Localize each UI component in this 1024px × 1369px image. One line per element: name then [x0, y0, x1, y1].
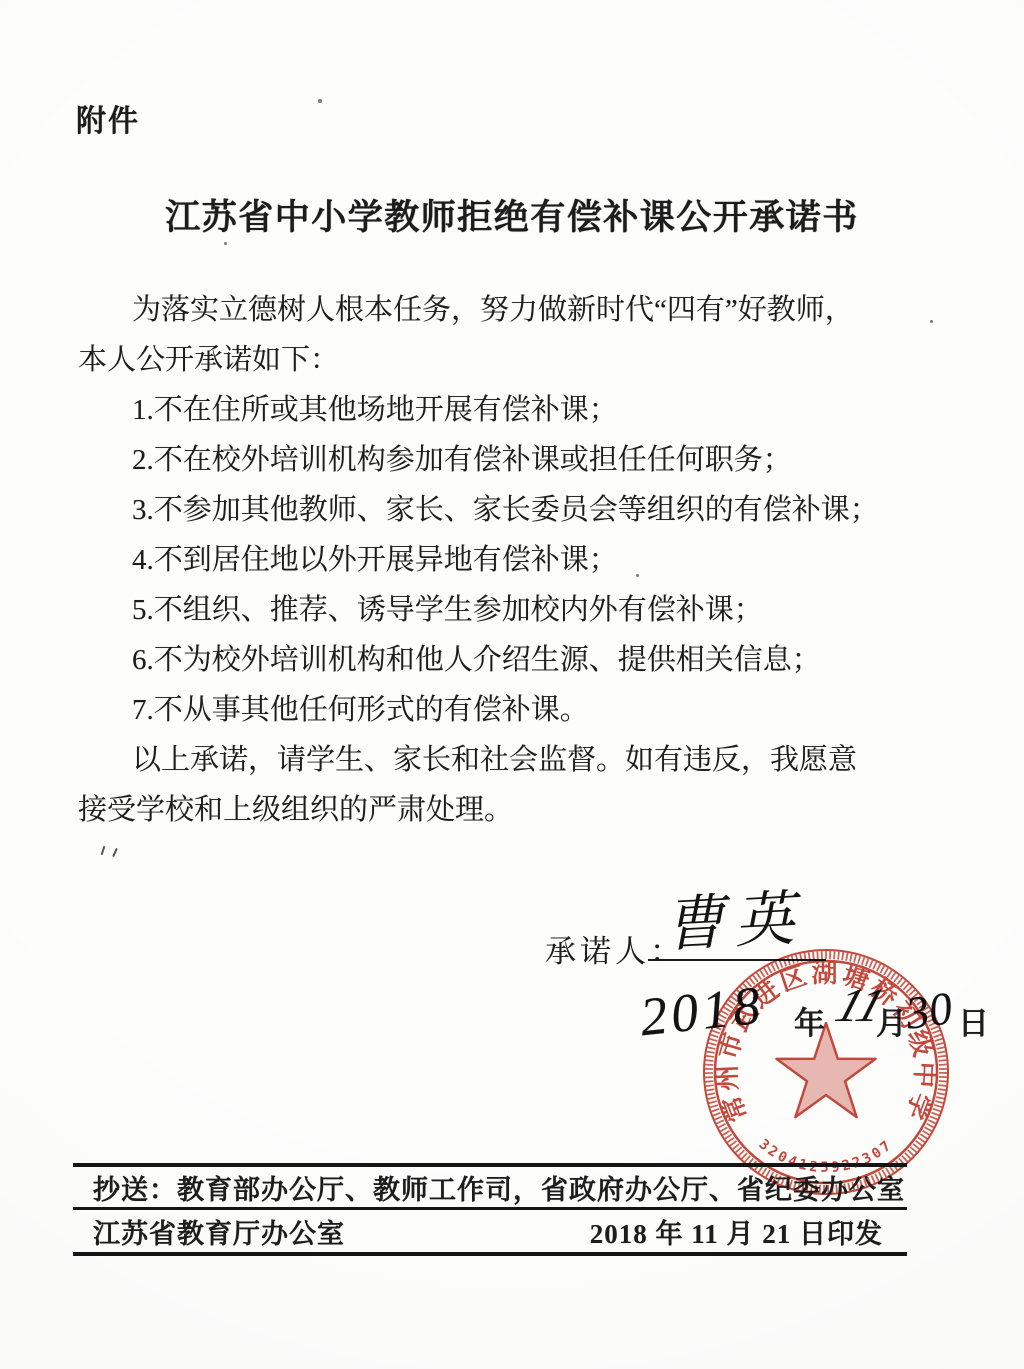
scan-speck [930, 320, 933, 323]
cc-distribution-line: 抄送：教育部办公厅、教师工作司，省政府办公厅、省纪委办公室 [93, 1168, 905, 1207]
commitment-item-2: 2.不在校外培训机构参加有偿补课或担任任何职务； [78, 435, 938, 485]
document-footer: 抄送：教育部办公厅、教师工作司，省政府办公厅、省纪委办公室 江苏省教育厅办公室 … [73, 1163, 907, 1256]
day-label: 日 [958, 998, 989, 1043]
commitment-item-4: 4.不到居住地以外开展异地有偿补课； [78, 535, 938, 585]
scan-pen-marks [102, 846, 128, 862]
print-date: 2018 年 11 月 21 日印发 [590, 1212, 883, 1251]
commitment-item-5: 5.不组织、推荐、诱导学生参加校内外有偿补课； [78, 585, 938, 635]
scan-speck [636, 574, 639, 577]
issuing-office: 江苏省教育厅办公室 [93, 1212, 345, 1251]
scanned-document-page: 附件 江苏省中小学教师拒绝有偿补课公开承诺书 为落实立德树人根本任务，努力做新时… [0, 0, 1024, 1369]
scan-speck [318, 99, 322, 103]
attachment-label: 附件 [76, 96, 140, 140]
paragraph-intro-line2: 本人公开承诺如下： [78, 335, 938, 385]
commitment-item-7: 7.不从事其他任何形式的有偿补课。 [78, 685, 938, 735]
seal-star-icon [777, 1023, 876, 1117]
commitment-item-6: 6.不为校外培训机构和他人介绍生源、提供相关信息； [78, 635, 938, 685]
footer-rule-bottom [73, 1252, 907, 1256]
paragraph-intro-line1: 为落实立德树人根本任务，努力做新时代“四有”好教师， [78, 285, 938, 335]
commitment-item-1: 1.不在住所或其他场地开展有偿补课； [78, 385, 938, 435]
document-title: 江苏省中小学教师拒绝有偿补课公开承诺书 [0, 190, 1024, 240]
document-body: 为落实立德树人根本任务，努力做新时代“四有”好教师， 本人公开承诺如下： 1.不… [78, 285, 938, 835]
paragraph-closing-line1: 以上承诺，请学生、家长和社会监督。如有违反，我愿意 [78, 735, 938, 785]
commitment-item-3: 3.不参加其他教师、家长、家长委员会等组织的有偿补课； [78, 485, 938, 535]
paragraph-closing-line2: 接受学校和上级组织的严肃处理。 [78, 785, 938, 835]
scan-speck [224, 242, 227, 245]
